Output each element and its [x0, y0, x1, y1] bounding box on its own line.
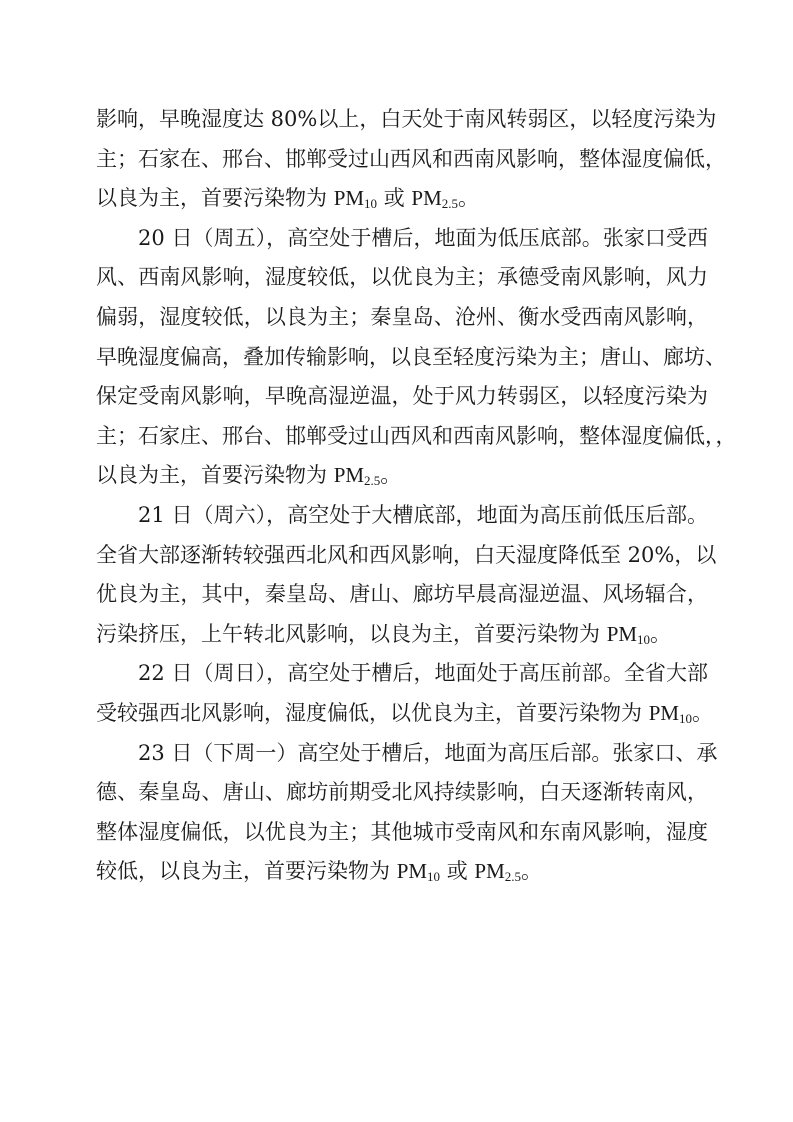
- text-line: 22 日（周日），高空处于槽后，地面处于高压前部。全省大部: [96, 654, 708, 694]
- paragraph-day-22: 22 日（周日），高空处于槽后，地面处于高压前部。全省大部 受较强西北风影响，湿…: [96, 654, 708, 733]
- text-line: 风、西南风影响，湿度较低，以优良为主；承德受南风影响，风力: [96, 258, 708, 298]
- paragraph-day-23: 23 日（下周一）高空处于槽后，地面为高压后部。张家口、承 德、秦皇岛、唐山、廊…: [96, 734, 708, 892]
- text-line: 20 日（周五），高空处于槽后，地面为低压底部。张家口受西: [96, 219, 708, 259]
- text-line: 影响，早晚湿度达 80%以上，白天处于南风转弱区，以轻度污染为: [96, 100, 708, 140]
- text-line: 受较强西北风影响，湿度偏低，以优良为主，首要污染物为 PM10。: [96, 694, 708, 734]
- paragraph-day-20: 20 日（周五），高空处于槽后，地面为低压底部。张家口受西 风、西南风影响，湿度…: [96, 219, 708, 496]
- text-line: 全省大部逐渐转较强西北风和西风影响，白天湿度降低至 20%，以: [96, 536, 708, 576]
- text-line: 保定受南风影响，早晚高湿逆温，处于风力转弱区，以轻度污染为: [96, 377, 708, 417]
- text-line: 以良为主，首要污染物为 PM2.5。: [96, 456, 708, 496]
- text-line: 整体湿度偏低，以优良为主；其他城市受南风和东南风影响，湿度: [96, 813, 708, 853]
- text-line: 主；石家庄、邢台、邯郸受过山西风和西南风影响，整体湿度偏低，，: [96, 417, 708, 457]
- text-line: 主；石家在、邢台、邯郸受过山西风和西南风影响，整体湿度偏低，: [96, 140, 708, 180]
- text-line: 偏弱，湿度较低，以良为主；秦皇岛、沧州、衡水受西南风影响，: [96, 298, 708, 338]
- text-line: 23 日（下周一）高空处于槽后，地面为高压后部。张家口、承: [96, 734, 708, 774]
- text-line: 以良为主，首要污染物为 PM10 或 PM2.5。: [96, 179, 708, 219]
- text-line: 德、秦皇岛、唐山、廊坊前期受北风持续影响，白天逐渐转南风，: [96, 773, 708, 813]
- paragraph-day-21: 21 日（周六），高空处于大槽底部，地面为高压前低压后部。 全省大部逐渐转较强西…: [96, 496, 708, 654]
- text-line: 较低，以良为主，首要污染物为 PM10 或 PM2.5。: [96, 852, 708, 892]
- text-line: 21 日（周六），高空处于大槽底部，地面为高压前低压后部。: [96, 496, 708, 536]
- document-page: 影响，早晚湿度达 80%以上，白天处于南风转弱区，以轻度污染为 主；石家在、邢台…: [96, 100, 708, 892]
- paragraph-continuation: 影响，早晚湿度达 80%以上，白天处于南风转弱区，以轻度污染为 主；石家在、邢台…: [96, 100, 708, 219]
- text-line: 优良为主，其中，秦皇岛、唐山、廊坊早晨高湿逆温、风场辐合，: [96, 575, 708, 615]
- text-line: 污染挤压，上午转北风影响，以良为主，首要污染物为 PM10。: [96, 615, 708, 655]
- text-line: 早晚湿度偏高，叠加传输影响，以良至轻度污染为主；唐山、廊坊、: [96, 338, 708, 378]
